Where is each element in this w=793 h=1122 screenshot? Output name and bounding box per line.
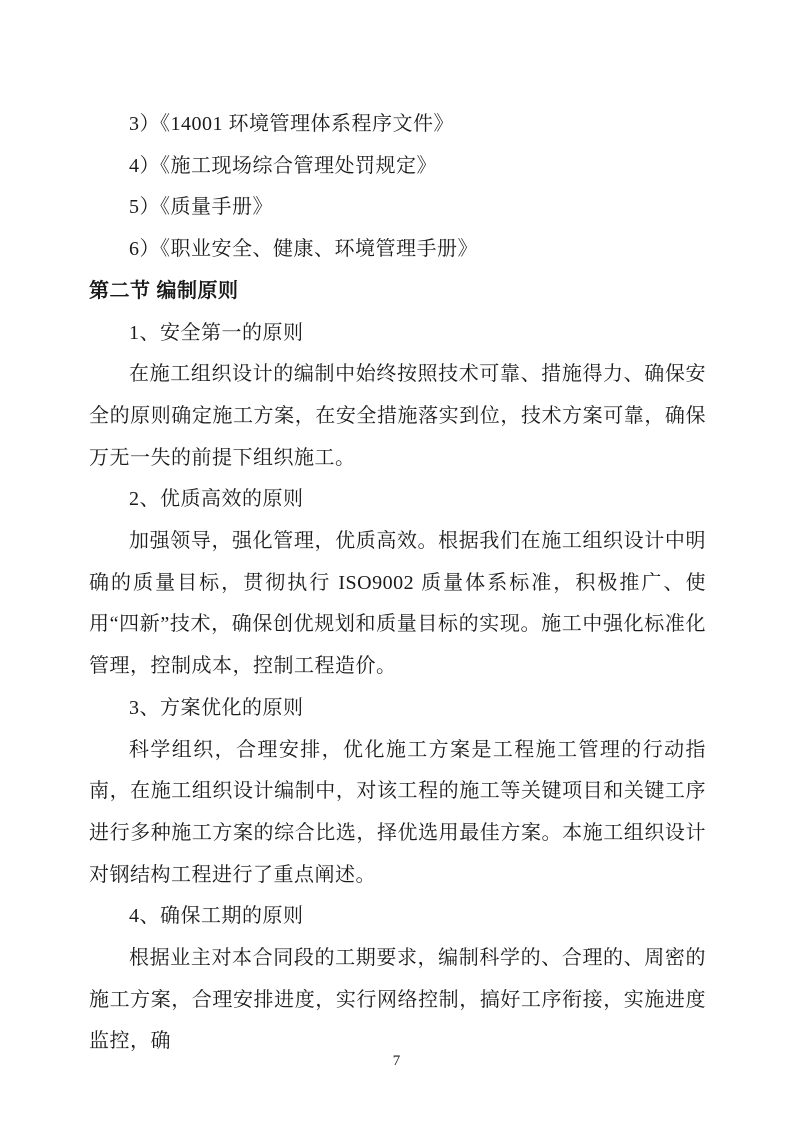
paragraph: 加强领导，强化管理，优质高效。根据我们在施工组织设计中明确的质量目标，贯彻执行 … <box>89 521 706 688</box>
subsection-title: 2、优质高效的原则 <box>89 479 706 521</box>
subsection-title: 1、安全第一的原则 <box>89 313 706 355</box>
document-page: 3）《14001 环境管理体系程序文件》 4）《施工现场综合管理处罚规定》 5）… <box>0 0 793 1122</box>
reference-list-item: 4）《施工现场综合管理处罚规定》 <box>89 146 706 188</box>
subsection-title: 4、确保工期的原则 <box>89 896 706 938</box>
paragraph: 根据业主对本合同段的工期要求，编制科学的、合理的、周密的施工方案，合理安排进度，… <box>89 938 706 1063</box>
reference-list-item: 6）《职业安全、健康、环境管理手册》 <box>89 229 706 271</box>
reference-list-item: 5）《质量手册》 <box>89 187 706 229</box>
document-content: 3）《14001 环境管理体系程序文件》 4）《施工现场综合管理处罚规定》 5）… <box>89 104 706 1063</box>
section-heading: 第二节 编制原则 <box>89 271 706 313</box>
subsection-title: 3、方案优化的原则 <box>89 688 706 730</box>
page-number: 7 <box>0 1053 793 1070</box>
paragraph: 在施工组织设计的编制中始终按照技术可靠、措施得力、确保安全的原则确定施工方案，在… <box>89 354 706 479</box>
paragraph: 科学组织，合理安排，优化施工方案是工程施工管理的行动指南，在施工组织设计编制中，… <box>89 730 706 897</box>
reference-list-item: 3）《14001 环境管理体系程序文件》 <box>89 104 706 146</box>
